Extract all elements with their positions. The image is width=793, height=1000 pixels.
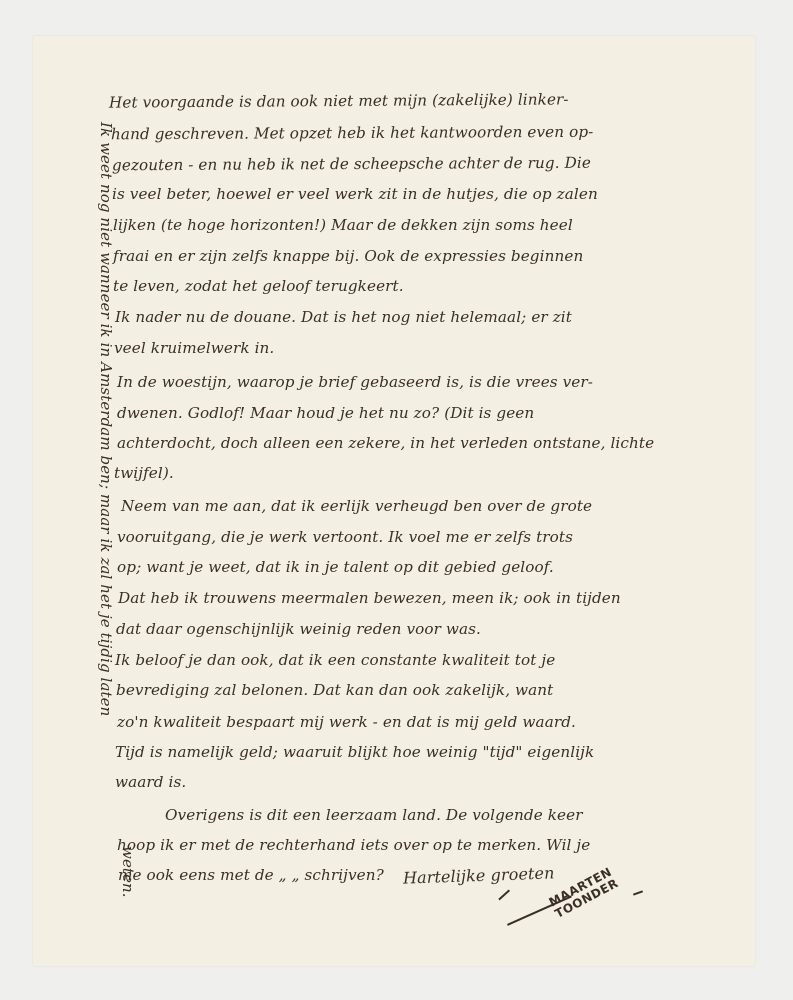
- letter-line: Dat heb ik trouwens meermalen bewezen, m…: [118, 589, 621, 607]
- letter-line: lijken (te hoge horizonten!) Maar de dek…: [113, 216, 573, 234]
- signature: MAARTEN TOONDER: [547, 865, 621, 921]
- closing-stroke: [498, 890, 509, 900]
- letter-line: veel kruimelwerk in.: [114, 339, 274, 357]
- letter-line: hoop ik er met de rechterhand iets over …: [117, 836, 590, 854]
- letter-closing: Hartelijke groeten: [403, 863, 555, 887]
- letter-line: fraai en er zijn zelfs knappe bij. Ook d…: [113, 247, 583, 265]
- letter-line: achterdocht, doch alleen een zekere, in …: [117, 434, 654, 452]
- margin-note-continuation: weten.: [119, 846, 137, 898]
- letter-line: is veel beter, hoewel er veel werk zit i…: [112, 185, 598, 203]
- letter-line: Het voorgaande is dan ook niet met mijn …: [109, 90, 569, 111]
- letter-line: Neem van me aan, dat ik eerlijk verheugd…: [121, 497, 592, 515]
- signature-dash: [633, 890, 643, 895]
- letter-line: In de woestijn, waarop je brief gebaseer…: [117, 373, 593, 391]
- letter-line: Overigens is dit een leerzaam land. De v…: [165, 806, 583, 824]
- letter-line: twijfel).: [114, 464, 174, 482]
- letter-line: waard is.: [115, 773, 186, 791]
- letter-line: dat daar ogenschijnlijk weinig reden voo…: [116, 620, 481, 638]
- letter-line: bevrediging zal belonen. Dat kan dan ook…: [116, 681, 553, 699]
- letter-line: op; want je weet, dat ik in je talent op…: [117, 558, 554, 576]
- letter-line: gezouten - en nu heb ik net de scheepsch…: [112, 154, 591, 175]
- letter-line: vooruitgang, die je werk vertoont. Ik vo…: [117, 528, 573, 546]
- margin-note: Ik weet nog niet wanneer ik in Amsterdam…: [97, 122, 115, 716]
- letter-line: Ik nader nu de douane. Dat is het nog ni…: [115, 308, 572, 326]
- letter-line: Ik beloof je dan ook, dat ik een constan…: [115, 651, 555, 669]
- letter-line: te leven, zodat het geloof terugkeert.: [113, 277, 404, 295]
- letter-page: Het voorgaande is dan ook niet met mijn …: [33, 36, 755, 966]
- letter-line: me ook eens met de „ „ schrijven?: [118, 866, 384, 884]
- letter-line: zo'n kwaliteit bespaart mij werk - en da…: [117, 713, 576, 731]
- letter-line: dwenen. Godlof! Maar houd je het nu zo? …: [117, 404, 534, 422]
- letter-line: hand geschreven. Met opzet heb ik het ka…: [111, 123, 593, 144]
- letter-line: Tijd is namelijk geld; waaruit blijkt ho…: [115, 743, 594, 761]
